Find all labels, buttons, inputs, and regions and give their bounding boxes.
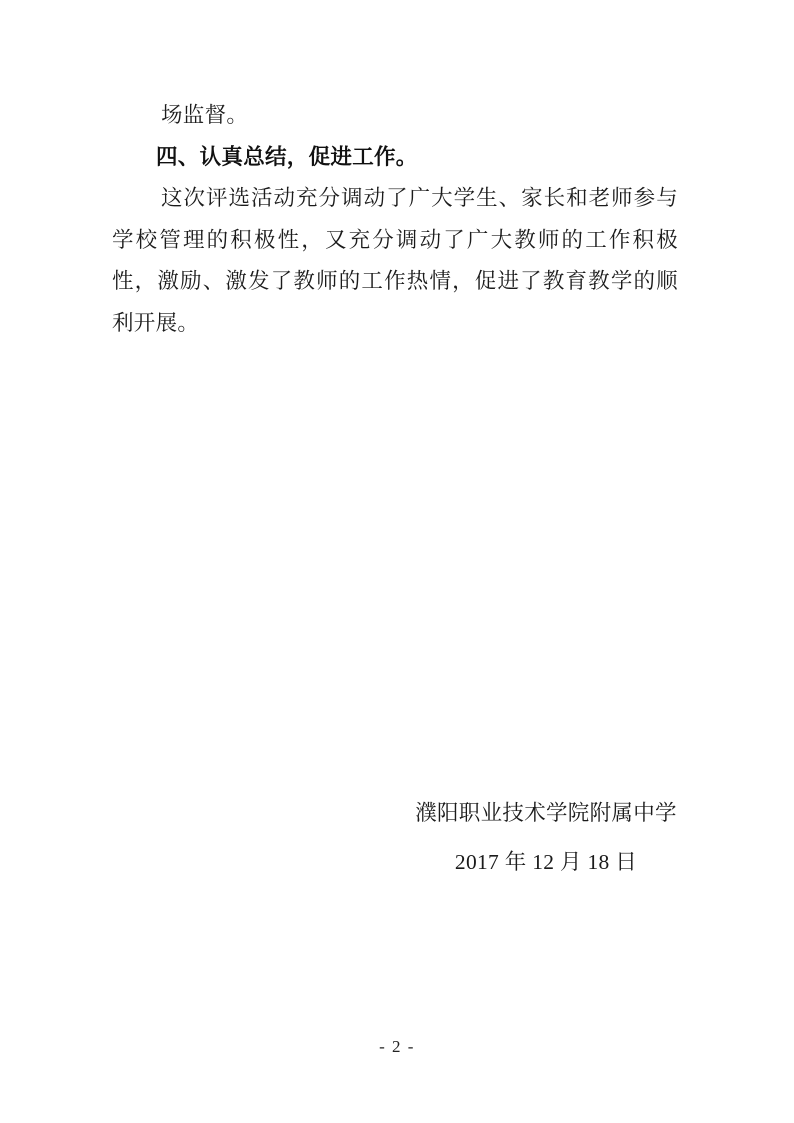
page-footer: - 2 - [0, 1036, 794, 1058]
document-page: 场监督。 四、认真总结，促进工作。 这次评选活动充分调动了广大学生、家长和老师参… [0, 0, 794, 1123]
document-body: 场监督。 四、认真总结，促进工作。 这次评选活动充分调动了广大学生、家长和老师参… [112, 95, 678, 344]
body-paragraph: 这次评选活动充分调动了广大学生、家长和老师参与学校管理的积极性，又充分调动了广大… [112, 178, 678, 344]
section-heading: 四、认真总结，促进工作。 [112, 137, 678, 179]
page-number: - 2 - [379, 1037, 415, 1056]
signature-organization: 濮阳职业技术学院附属中学 [396, 789, 696, 838]
paragraph-continuation-line: 场监督。 [112, 95, 678, 137]
signature-block: 濮阳职业技术学院附属中学 2017 年 12 月 18 日 [396, 789, 696, 887]
signature-date: 2017 年 12 月 18 日 [396, 838, 696, 887]
